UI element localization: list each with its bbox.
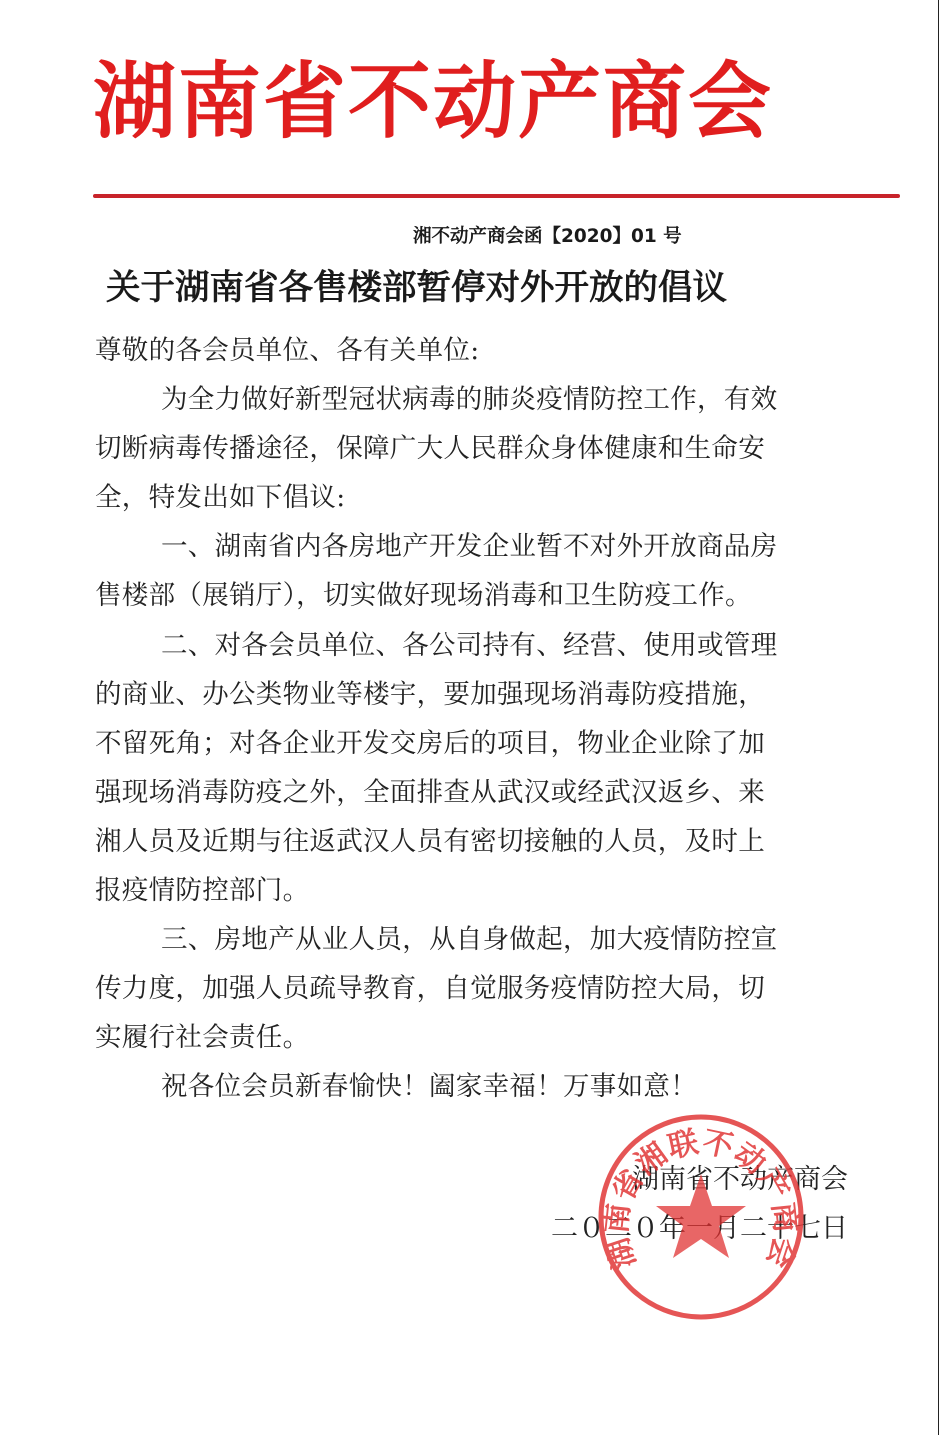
- document-number: 湘不动产商会函【2020】01 号: [413, 223, 723, 251]
- body-line: 报疫情防控部门。: [95, 866, 855, 915]
- body-line: 全，特发出如下倡议:: [95, 473, 855, 522]
- closing-greeting: 祝各位会员新春愉快！阖家幸福！万事如意！: [95, 1062, 855, 1111]
- proposal-item-3: 三、房地产从业人员，从自身做起，加大疫情防控宣: [95, 915, 855, 964]
- letter-body: 尊敬的各会员单位、各有关单位: 为全力做好新型冠状病毒的肺炎疫情防控工作，有效 …: [95, 326, 855, 1112]
- body-line: 不留死角；对各企业开发交房后的项目，物业企业除了加: [95, 719, 855, 768]
- body-line: 强现场消毒防疫之外，全面排查从武汉或经武汉返乡、来: [95, 768, 855, 817]
- body-line: 售楼部（展销厅），切实做好现场消毒和卫生防疫工作。: [95, 571, 855, 620]
- body-line: 的商业、办公类物业等楼宇，要加强现场消毒防疫措施，: [95, 670, 855, 719]
- body-line: 为全力做好新型冠状病毒的肺炎疫情防控工作，有效: [95, 375, 855, 424]
- body-line: 切断病毒传播途径，保障广大人民群众身体健康和生命安: [95, 424, 855, 473]
- body-line: 实履行社会责任。: [95, 1013, 855, 1062]
- star-icon: [656, 1174, 746, 1258]
- salutation: 尊敬的各会员单位、各有关单位:: [95, 326, 855, 375]
- proposal-item-2: 二、对各会员单位、各公司持有、经营、使用或管理: [95, 621, 855, 670]
- page-edge-border: [938, 0, 939, 1435]
- organization-letterhead: 湖南省不动产商会: [93, 52, 853, 152]
- proposal-item-1: 一、湖南省内各房地产开发企业暂不对外开放商品房: [95, 522, 855, 571]
- document-subject: 关于湖南省各售楼部暂停对外开放的倡议: [106, 264, 846, 312]
- body-line: 湘人员及近期与往返武汉人员有密切接触的人员，及时上: [95, 817, 855, 866]
- body-line: 传力度，加强人员疏导教育，自觉服务疫情防控大局，切: [95, 964, 855, 1013]
- letterhead-divider: [93, 194, 900, 198]
- official-seal-stamp: 湖南省湘联不动产商会: [596, 1112, 806, 1322]
